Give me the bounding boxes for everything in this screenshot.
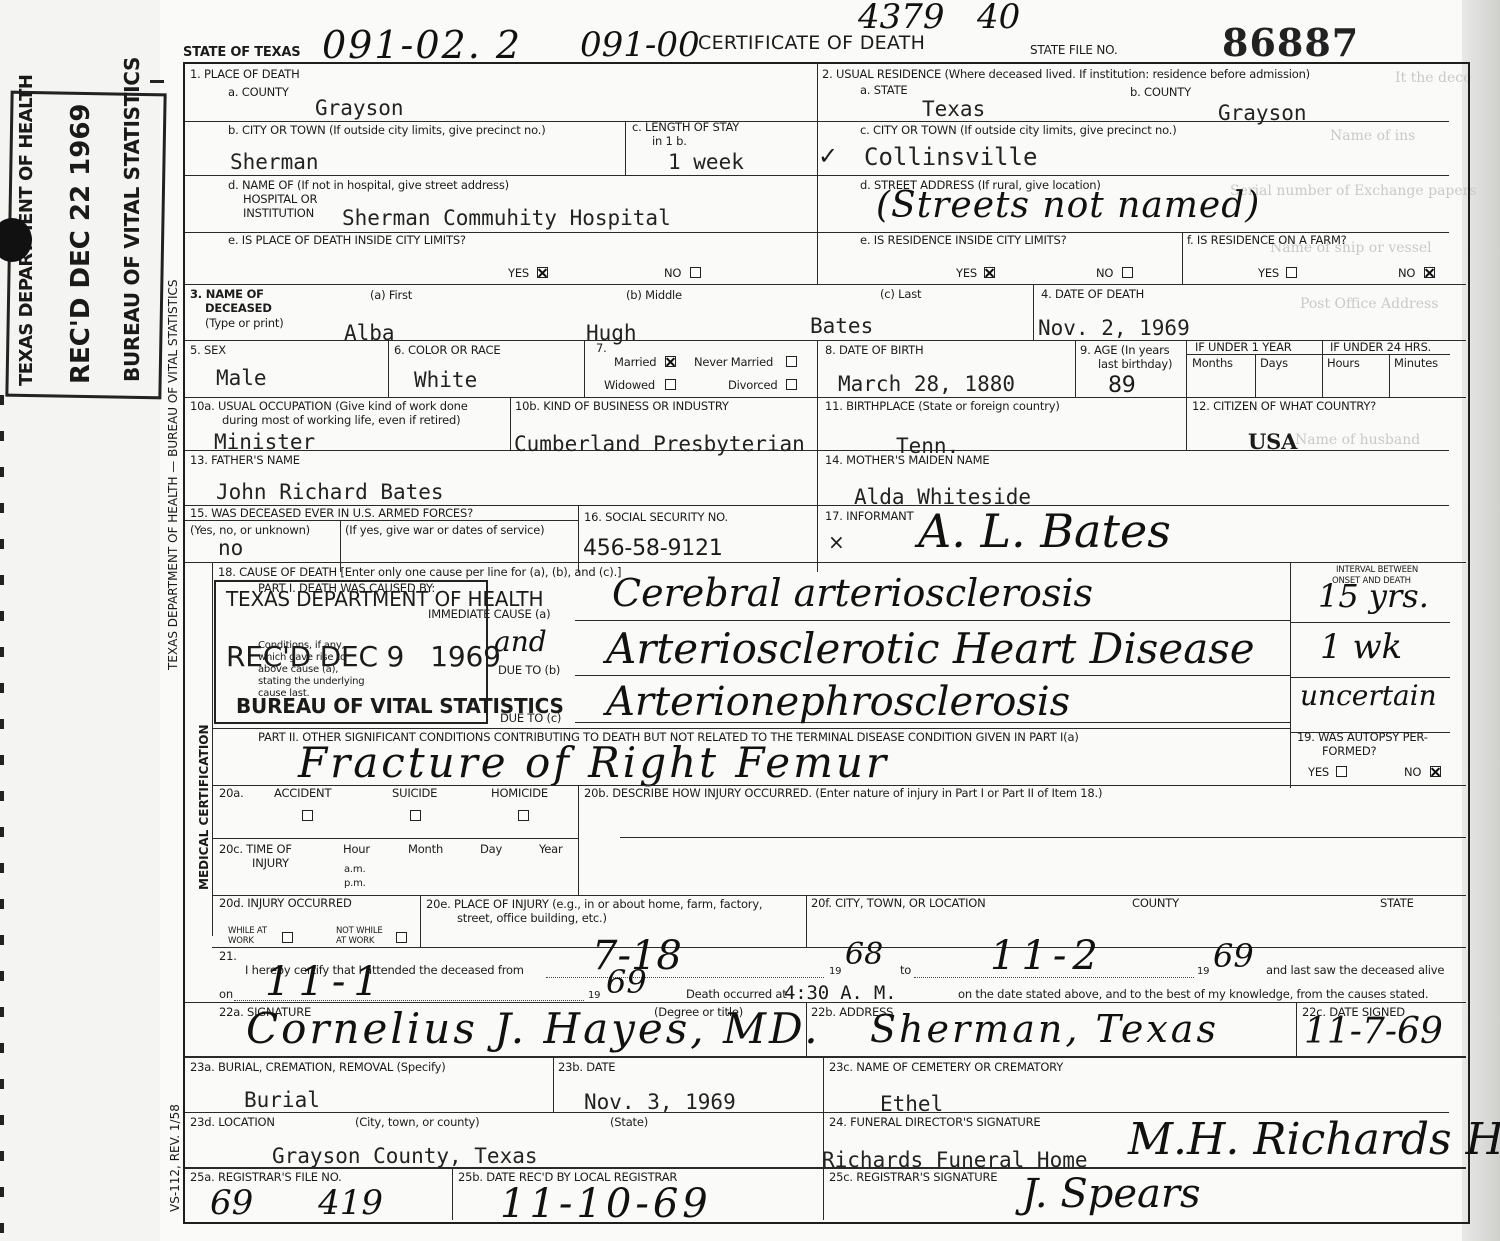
death-county-label: a. COUNTY [228, 86, 289, 99]
time-of-injury-label-2: INJURY [252, 857, 289, 870]
time-of-injury-label: 20c. TIME OF [219, 843, 292, 856]
occupation-label-2: during most of working life, even if ret… [222, 414, 460, 427]
stamp2-line-dept: TEXAS DEPARTMENT OF HEALTH [226, 588, 543, 610]
divider [806, 895, 807, 947]
divider [620, 837, 1466, 838]
married-label: Married [614, 356, 656, 369]
day-label: Day [480, 843, 502, 856]
first-name-value: Alba [344, 321, 395, 345]
autopsy-yes-label: YES [1308, 766, 1329, 779]
cause-a-value: Cerebral arteriosclerosis [612, 574, 1093, 612]
age-value: 89 [1108, 374, 1136, 398]
hospital-label-2: HOSPITAL OR [243, 193, 317, 206]
cemetery-label: 23c. NAME OF CEMETERY OR CREMATORY [829, 1061, 1063, 1074]
name-label: 3. NAME OF [190, 288, 264, 301]
age-label-2: last birthday) [1098, 358, 1172, 371]
registrar-file-value: 69 419 [210, 1186, 383, 1220]
never-married-checkbox[interactable] [786, 356, 797, 367]
suicide-checkbox[interactable] [410, 810, 421, 821]
divider [212, 562, 213, 936]
residence-inside-yes-checkbox[interactable] [984, 267, 995, 278]
injury-city-label: 20f. CITY, TOWN, OR LOCATION [811, 897, 986, 910]
date-of-birth-value: March 28, 1880 [838, 372, 1015, 396]
armed-forces-label: 15. WAS DECEASED EVER IN U.S. ARMED FORC… [190, 507, 473, 520]
autopsy-no-label: NO [1404, 766, 1421, 779]
death-inside-no-checkbox[interactable] [690, 267, 701, 278]
fill-line [546, 977, 824, 978]
informant-label: 17. INFORMANT [825, 510, 913, 523]
farm-no-checkbox[interactable] [1424, 267, 1435, 278]
farm-label: f. IS RESIDENCE ON A FARM? [1187, 234, 1347, 247]
divider [578, 785, 579, 895]
residence-inside-no-label: NO [1096, 267, 1113, 280]
divider [817, 62, 818, 284]
race-label: 6. COLOR OR RACE [394, 344, 500, 357]
divider [1255, 355, 1256, 397]
citizen-label: 12. CITIZEN OF WHAT COUNTRY? [1192, 400, 1376, 413]
residence-state-value: Texas [922, 97, 985, 121]
occupation-label: 10a. USUAL OCCUPATION (Give kind of work… [190, 400, 468, 413]
place-of-injury-label-2: street, office building, etc.) [457, 912, 607, 925]
date-of-death-value: Nov. 2, 1969 [1038, 316, 1190, 340]
state-file-number: 86887 [1222, 20, 1359, 65]
birthplace-label: 11. BIRTHPLACE (State or foreign country… [825, 400, 1060, 413]
death-inside-yes-label: YES [508, 267, 529, 280]
disposition-date-value: Nov. 3, 1969 [584, 1090, 736, 1114]
last-name-value: Bates [810, 314, 873, 338]
marital-label: 7. [596, 342, 607, 355]
sex-label: 5. SEX [190, 344, 226, 357]
month-label: Month [408, 843, 443, 856]
attended-to-date: 11-2 [990, 936, 1104, 976]
residence-state-label: a. STATE [860, 84, 907, 97]
disposition-value: Burial [244, 1088, 320, 1112]
divider [510, 397, 511, 450]
margin-punch-marks [0, 395, 4, 1241]
residence-county-value: Grayson [1218, 101, 1307, 125]
days-label: Days [1260, 357, 1288, 370]
interval-c-value: uncertain [1300, 682, 1437, 710]
handwritten-above-title: 4379 40 [858, 0, 1020, 34]
death-occurred-label: Death occurred at [686, 988, 787, 1001]
death-city-value: Sherman [230, 150, 319, 174]
mother-label: 14. MOTHER'S MAIDEN NAME [825, 454, 989, 467]
registrar-signature: J. Spears [1022, 1174, 1201, 1214]
divider [575, 620, 1290, 621]
armed-forces-sublabel-1: (Yes, no, or unknown) [190, 524, 310, 537]
father-label: 13. FATHER'S NAME [190, 454, 300, 467]
hospital-label-3: INSTITUTION [243, 207, 314, 220]
first-name-label: (a) First [370, 289, 412, 302]
pm-label: p.m. [344, 878, 366, 890]
am-label: a.m. [344, 864, 365, 876]
registrar-date-value: 11-10-69 [500, 1184, 712, 1224]
hospital-label: d. NAME OF (If not in hospital, give str… [228, 179, 509, 192]
certification-text-3: on the date stated above, and to the bes… [958, 988, 1428, 1001]
certification-number: 21. [219, 950, 237, 963]
business-value: Cumberland Presbyterian [514, 432, 805, 456]
married-checkbox[interactable] [665, 356, 676, 367]
describe-injury-label: 20b. DESCRIBE HOW INJURY OCCURRED. (Ente… [584, 787, 1102, 800]
death-county-value: Grayson [315, 96, 404, 120]
form-number: VS-112, REV. 1/58 [168, 1104, 182, 1212]
interval-b-value: 1 wk [1320, 630, 1402, 664]
business-label: 10b. KIND OF BUSINESS OR INDUSTRY [515, 400, 729, 413]
attended-from-year: 68 [845, 940, 883, 970]
year-prefix-on: 19 [588, 990, 600, 1002]
under-year-label: IF UNDER 1 YEAR [1195, 341, 1292, 354]
divider [185, 520, 578, 521]
divider [1322, 340, 1323, 397]
death-inside-limits-label: e. IS PLACE OF DEATH INSIDE CITY LIMITS? [228, 234, 466, 247]
widowed-label: Widowed [604, 379, 655, 392]
registrar-signature-label: 25c. REGISTRAR'S SIGNATURE [829, 1171, 997, 1184]
death-time-value: 4:30 A. M. [784, 982, 896, 1004]
divider [185, 284, 1466, 285]
divider [1033, 284, 1034, 340]
handwritten-code-1: 091-02. 2 [322, 26, 522, 64]
armed-forces-sublabel-2: (If yes, give war or dates of service) [345, 524, 544, 537]
divider [553, 1056, 554, 1112]
residence-inside-limits-label: e. IS RESIDENCE INSIDE CITY LIMITS? [860, 234, 1067, 247]
place-of-injury-label: 20e. PLACE OF INJURY (e.g., in or about … [426, 898, 762, 911]
injury-occurred-label: 20d. INJURY OCCURRED [219, 897, 352, 910]
armed-forces-value: no [218, 536, 243, 560]
hours-label: Hours [1327, 357, 1360, 370]
divider [212, 728, 1290, 729]
last-seen-date: 11-1 [265, 962, 387, 1002]
divider [575, 675, 1290, 676]
while-at-work-label: WHILE AT WORK [228, 926, 276, 946]
father-value: John Richard Bates [216, 480, 444, 504]
cemetery-value: Ethel [880, 1092, 943, 1116]
farm-yes-checkbox[interactable] [1286, 267, 1297, 278]
divider [1182, 232, 1183, 284]
divider [1186, 340, 1187, 450]
residence-county-label: b. COUNTY [1130, 86, 1191, 99]
cause-of-death-label: 18. CAUSE OF DEATH [Enter only one cause… [218, 566, 621, 579]
physician-address: Sherman, Texas [870, 1010, 1219, 1048]
autopsy-no-checkbox[interactable] [1430, 766, 1441, 777]
checkmark-icon: ✓ [818, 142, 838, 170]
handwritten-code-2: 091-00 [580, 28, 700, 62]
divorced-checkbox[interactable] [786, 379, 797, 390]
divider [823, 1056, 824, 1220]
divider [1296, 1002, 1297, 1056]
while-at-work-checkbox[interactable] [282, 932, 293, 943]
accident-checkbox[interactable] [302, 810, 313, 821]
widowed-checkbox[interactable] [665, 379, 676, 390]
residence-inside-no-checkbox[interactable] [1122, 267, 1133, 278]
and-note: and [494, 628, 547, 656]
year-label: Year [539, 843, 563, 856]
race-value: White [414, 368, 477, 392]
year-prefix-to: 19 [1197, 966, 1209, 978]
funeral-home-value: Richards Funeral Home [822, 1148, 1088, 1172]
citizen-value: USA [1248, 430, 1297, 454]
stamp2-line-date: REC'D DEC 9 1969 [226, 642, 501, 672]
months-label: Months [1192, 357, 1233, 370]
death-inside-yes-checkbox[interactable] [537, 267, 548, 278]
funeral-director-signature: M.H. Richards HFD [1128, 1118, 1500, 1162]
divider [1186, 354, 1450, 355]
location-label: 23d. LOCATION [190, 1116, 275, 1129]
due-to-b-label: DUE TO (b) [498, 664, 560, 677]
stamp-line-date: REC'D DEC 22 1969 [66, 103, 96, 384]
place-of-death-label: 1. PLACE OF DEATH [190, 68, 300, 81]
divider [185, 1056, 1466, 1058]
part2-value: Fracture of Right Femur [298, 742, 889, 784]
name-label-3: (Type or print) [205, 317, 283, 330]
hospital-value: Sherman Commuhity Hospital [342, 206, 671, 230]
to-label: to [900, 964, 911, 977]
stamp2-line-bureau: BUREAU OF VITAL STATISTICS [236, 695, 564, 717]
divider [185, 175, 1449, 176]
physician-signature: Cornelius J. Hayes, MD. [246, 1008, 821, 1050]
not-while-at-work-label: NOT WHILE AT WORK [336, 926, 394, 946]
name-label-2: DECEASED [205, 302, 272, 315]
staple-mark [150, 80, 164, 83]
under-day-label: IF UNDER 24 HRS. [1330, 341, 1431, 354]
last-name-label: (c) Last [880, 288, 921, 301]
farm-no-label: NO [1398, 267, 1415, 280]
occupation-value: Minister [214, 430, 315, 454]
age-label: 9. AGE (In years [1080, 344, 1169, 357]
autopsy-yes-checkbox[interactable] [1336, 766, 1347, 777]
death-inside-no-label: NO [664, 267, 681, 280]
last-seen-year: 69 [606, 966, 647, 998]
residence-street-value: (Streets not named) [876, 188, 1260, 224]
disposition-label: 23a. BURIAL, CREMATION, REMOVAL (Specify… [190, 1061, 446, 1074]
stamp-line-bureau: BUREAU OF VITAL STATISTICS [120, 57, 144, 382]
divider [1290, 677, 1450, 678]
residence-city-label: c. CITY OR TOWN (If outside city limits,… [860, 124, 1177, 137]
ssn-label: 16. SOCIAL SECURITY NO. [584, 511, 728, 524]
divider [1290, 622, 1450, 623]
homicide-checkbox[interactable] [518, 810, 529, 821]
length-of-stay-label: c. LENGTH OF STAY [632, 121, 739, 134]
date-of-birth-label: 8. DATE OF BIRTH [825, 344, 923, 357]
divider [212, 947, 1466, 948]
attended-to-year: 69 [1213, 940, 1254, 972]
cause-b-value: Arteriosclerotic Heart Disease [606, 628, 1255, 670]
residence-label: 2. USUAL RESIDENCE (Where deceased lived… [822, 68, 1310, 81]
state-label: STATE OF TEXAS [183, 46, 300, 59]
autopsy-label-2: FORMED? [1322, 745, 1376, 758]
interval-label: INTERVAL BETWEEN [1336, 565, 1418, 575]
divider [420, 895, 421, 947]
injury-county-label: COUNTY [1132, 897, 1179, 910]
residence-inside-yes-label: YES [956, 267, 977, 280]
location-value: Grayson County, Texas [272, 1144, 538, 1168]
suicide-label: SUICIDE [392, 787, 437, 800]
length-of-stay-value: 1 week [668, 150, 744, 174]
divider [625, 121, 626, 175]
interval-a-value: 15 yrs. [1318, 580, 1429, 612]
divorced-label: Divorced [728, 379, 777, 392]
divider [185, 562, 1466, 563]
date-signed-value: 11-7-69 [1304, 1014, 1443, 1050]
cause-c-value: Arterionephrosclerosis [606, 682, 1070, 722]
never-married-label: Never Married [694, 356, 773, 369]
middle-name-label: (b) Middle [626, 289, 682, 302]
accident-label: ACCIDENT [274, 787, 331, 800]
year-prefix-from: 19 [829, 966, 841, 978]
length-of-stay-sublabel: in 1 b. [652, 135, 687, 148]
ssn-value: 456-58-9121 [583, 536, 723, 562]
funeral-director-label: 24. FUNERAL DIRECTOR'S SIGNATURE [829, 1116, 1041, 1129]
hour-label: Hour [343, 843, 370, 856]
state-file-label: STATE FILE NO. [1030, 44, 1118, 57]
death-city-label: b. CITY OR TOWN (If outside city limits,… [228, 124, 546, 137]
divider [185, 397, 1466, 398]
injury-20a-label: 20a. [219, 787, 244, 800]
injury-state-label: STATE [1380, 897, 1414, 910]
minutes-label: Minutes [1394, 357, 1438, 370]
autopsy-label: 19. WAS AUTOPSY PER- [1297, 731, 1428, 744]
divider [1075, 340, 1076, 397]
divider [584, 340, 585, 397]
homicide-label: HOMICIDE [491, 787, 548, 800]
on-label: on [219, 988, 233, 1001]
divider [388, 340, 389, 397]
divider [452, 1167, 453, 1220]
not-while-at-work-checkbox[interactable] [396, 932, 407, 943]
informant-signature: A. L. Bates [918, 508, 1171, 554]
divider [817, 340, 818, 572]
middle-name-value: Hugh [586, 321, 637, 345]
location-sublabel-2: (State) [610, 1116, 648, 1129]
farm-yes-label: YES [1258, 267, 1279, 280]
divider [1290, 562, 1291, 788]
disposition-date-label: 23b. DATE [558, 1061, 615, 1074]
date-of-death-label: 4. DATE OF DEATH [1041, 288, 1144, 301]
divider [1389, 355, 1390, 397]
certification-text-2: and last saw the deceased alive [1266, 964, 1444, 977]
informant-mark-icon: × [828, 530, 845, 554]
residence-city-value: Collinsville [864, 145, 1037, 169]
location-sublabel-1: (City, town, or county) [355, 1116, 479, 1129]
side-dept-text: TEXAS DEPARTMENT OF HEALTH — BUREAU OF V… [166, 279, 180, 670]
divider [185, 1112, 1449, 1113]
sex-value: Male [216, 366, 267, 390]
divider [212, 838, 578, 839]
